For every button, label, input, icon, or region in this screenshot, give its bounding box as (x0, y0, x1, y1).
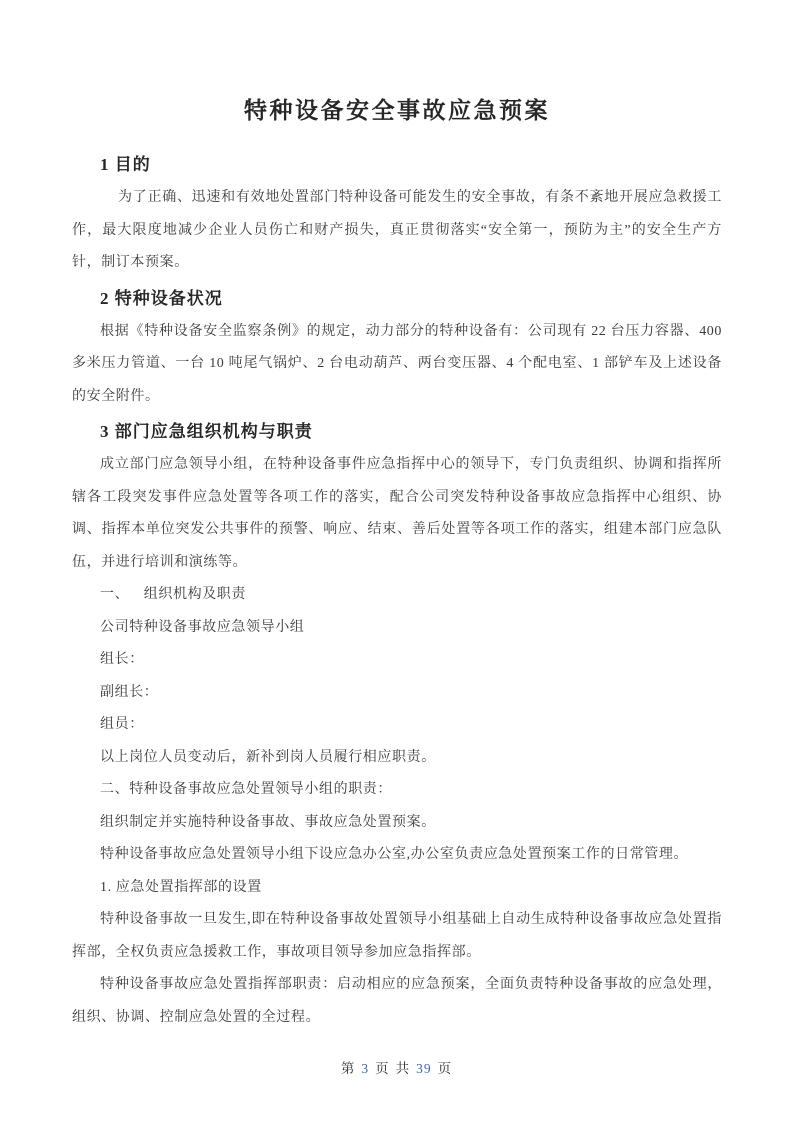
section-heading-purpose: 1 目的 (72, 152, 722, 178)
paragraph-command-post-formation: 特种设备事故一旦发生,即在特种设备事故处置领导小组基础上自动生成特种设备事故应急… (72, 904, 722, 969)
section-heading-equipment-status: 2 特种设备状况 (72, 286, 722, 312)
line-personnel-change: 以上岗位人员变动后，新补到岗人员履行相应职责。 (72, 742, 722, 775)
paragraph-equipment-status: 根据《特种设备安全监察条例》的规定，动力部分的特种设备有：公司现有 22 台压力… (72, 316, 722, 414)
line-members: 组员： (72, 709, 722, 742)
line-item-two-duties: 二、特种设备事故应急处置领导小组的职责： (72, 774, 722, 807)
section-heading-org-responsibilities: 3 部门应急组织机构与职责 (72, 419, 722, 445)
document-title: 特种设备安全事故应急预案 (72, 96, 722, 126)
footer-prefix: 第 (341, 1061, 356, 1076)
document-page: 特种设备安全事故应急预案 1 目的 为了正确、迅速和有效地处置部门特种设备可能发… (0, 0, 793, 1122)
footer-mid1: 页 (375, 1061, 390, 1076)
line-plan-implementation: 组织制定并实施特种设备事故、事故应急处置预案。 (72, 807, 722, 840)
footer-mid2: 共 (396, 1061, 411, 1076)
line-command-post-setup: 1. 应急处置指挥部的设置 (72, 872, 722, 905)
footer-suffix: 页 (438, 1061, 453, 1076)
line-group-leader: 组长： (72, 644, 722, 677)
line-deputy-leader: 副组长： (72, 677, 722, 710)
line-item-one-org-structure: 一、 组织机构及职责 (72, 579, 722, 612)
paragraph-emergency-office: 特种设备事故应急处置领导小组下设应急办公室,办公室负责应急处置预案工作的日常管理… (72, 839, 722, 872)
page-footer: 第3页共39页 (0, 1059, 793, 1079)
paragraph-purpose: 为了正确、迅速和有效地处置部门特种设备可能发生的安全事故，有条不紊地开展应急救援… (72, 182, 722, 280)
paragraph-org-setup: 成立部门应急领导小组，在特种设备事件应急指挥中心的领导下，专门负责组织、协调和指… (72, 449, 722, 579)
footer-page-number: 3 (361, 1061, 369, 1076)
line-leading-group: 公司特种设备事故应急领导小组 (72, 612, 722, 645)
paragraph-command-post-duties: 特种设备事故应急处置指挥部职责：启动相应的应急预案，全面负责特种设备事故的应急处… (72, 969, 722, 1034)
footer-total-pages: 39 (416, 1061, 432, 1076)
